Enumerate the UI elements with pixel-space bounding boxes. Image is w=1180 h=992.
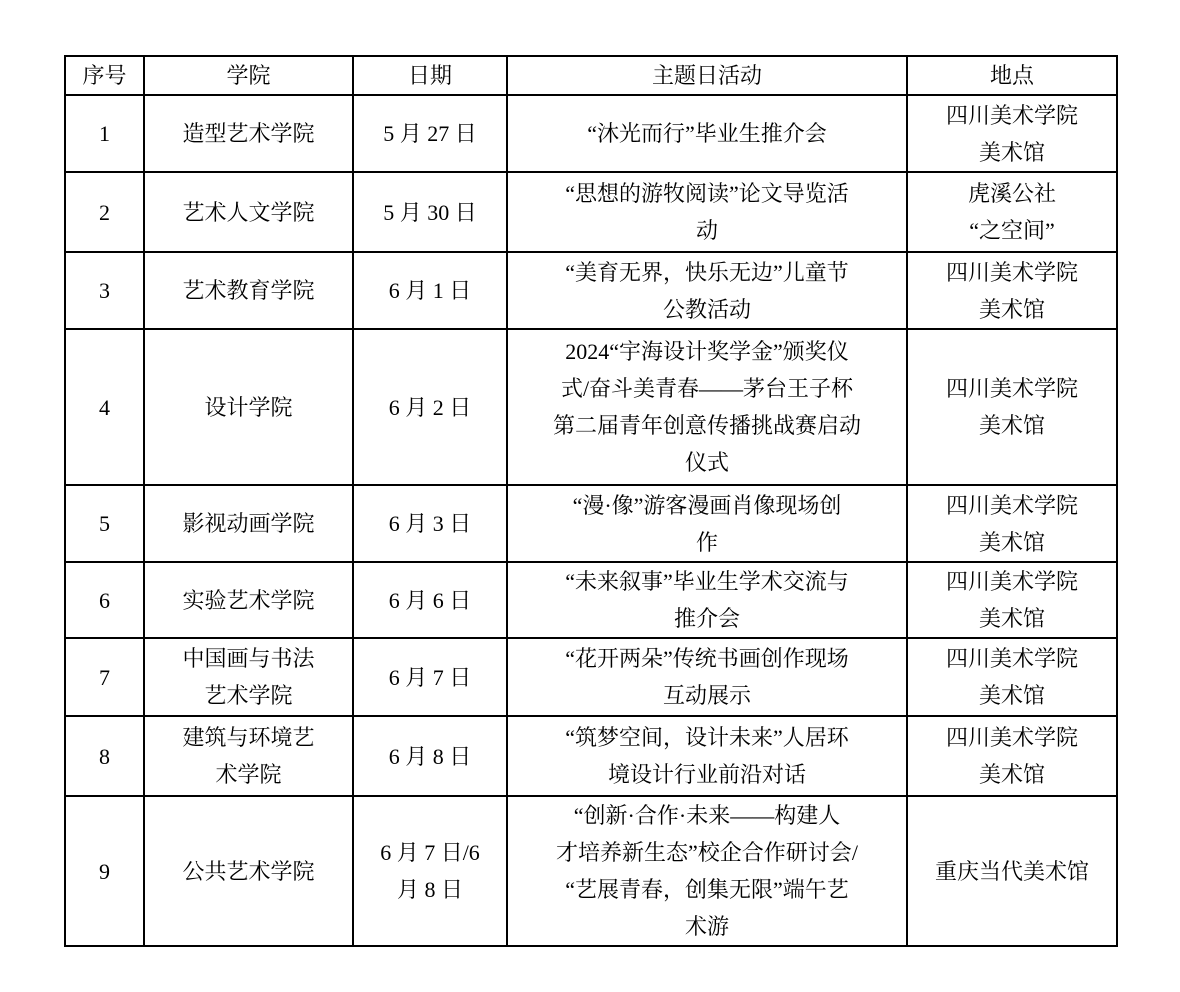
cell-date: 6 月 2 日 bbox=[353, 329, 507, 485]
table-row: 4设计学院6 月 2 日2024“宇海设计奖学金”颁奖仪 式/奋斗美青春——茅台… bbox=[65, 329, 1117, 485]
cell-activity: “筑梦空间，设计未来”人居环 境设计行业前沿对话 bbox=[507, 716, 907, 796]
table-row: 3艺术教育学院6 月 1 日“美育无界，快乐无边”儿童节 公教活动四川美术学院 … bbox=[65, 252, 1117, 329]
cell-college: 影视动画学院 bbox=[144, 485, 353, 562]
cell-activity: “思想的游牧阅读”论文导览活 动 bbox=[507, 172, 907, 252]
table-row: 8建筑与环境艺 术学院6 月 8 日“筑梦空间，设计未来”人居环 境设计行业前沿… bbox=[65, 716, 1117, 796]
header-cell-location: 地点 bbox=[907, 56, 1117, 95]
cell-activity: “漫·像”游客漫画肖像现场创 作 bbox=[507, 485, 907, 562]
cell-location: 虎溪公社 “之空间” bbox=[907, 172, 1117, 252]
cell-index: 3 bbox=[65, 252, 144, 329]
header-cell-activity: 主题日活动 bbox=[507, 56, 907, 95]
cell-date: 5 月 30 日 bbox=[353, 172, 507, 252]
header-cell-college: 学院 bbox=[144, 56, 353, 95]
table-row: 5影视动画学院6 月 3 日“漫·像”游客漫画肖像现场创 作四川美术学院 美术馆 bbox=[65, 485, 1117, 562]
cell-location: 四川美术学院 美术馆 bbox=[907, 252, 1117, 329]
cell-date: 6 月 3 日 bbox=[353, 485, 507, 562]
cell-activity: “创新·合作·未来——构建人 才培养新生态”校企合作研讨会/ “艺展青春，创集无… bbox=[507, 796, 907, 946]
cell-location: 四川美术学院 美术馆 bbox=[907, 329, 1117, 485]
cell-date: 6 月 7 日/6 月 8 日 bbox=[353, 796, 507, 946]
cell-location: 重庆当代美术馆 bbox=[907, 796, 1117, 946]
cell-activity: “美育无界，快乐无边”儿童节 公教活动 bbox=[507, 252, 907, 329]
cell-location: 四川美术学院 美术馆 bbox=[907, 95, 1117, 172]
cell-college: 造型艺术学院 bbox=[144, 95, 353, 172]
cell-date: 6 月 7 日 bbox=[353, 638, 507, 716]
table-header-row: 序号学院日期主题日活动地点 bbox=[65, 56, 1117, 95]
table-row: 6实验艺术学院6 月 6 日“未来叙事”毕业生学术交流与 推介会四川美术学院 美… bbox=[65, 562, 1117, 638]
cell-index: 5 bbox=[65, 485, 144, 562]
cell-date: 6 月 8 日 bbox=[353, 716, 507, 796]
cell-index: 4 bbox=[65, 329, 144, 485]
cell-index: 2 bbox=[65, 172, 144, 252]
cell-college: 中国画与书法 艺术学院 bbox=[144, 638, 353, 716]
table-header: 序号学院日期主题日活动地点 bbox=[65, 56, 1117, 95]
cell-college: 艺术人文学院 bbox=[144, 172, 353, 252]
cell-location: 四川美术学院 美术馆 bbox=[907, 485, 1117, 562]
table-row: 1造型艺术学院5 月 27 日“沐光而行”毕业生推介会四川美术学院 美术馆 bbox=[65, 95, 1117, 172]
cell-location: 四川美术学院 美术馆 bbox=[907, 716, 1117, 796]
header-cell-date: 日期 bbox=[353, 56, 507, 95]
cell-date: 6 月 1 日 bbox=[353, 252, 507, 329]
cell-activity: “花开两朵”传统书画创作现场 互动展示 bbox=[507, 638, 907, 716]
cell-activity: “未来叙事”毕业生学术交流与 推介会 bbox=[507, 562, 907, 638]
cell-index: 9 bbox=[65, 796, 144, 946]
cell-index: 1 bbox=[65, 95, 144, 172]
activity-schedule-table: 序号学院日期主题日活动地点 1造型艺术学院5 月 27 日“沐光而行”毕业生推介… bbox=[64, 55, 1118, 947]
cell-location: 四川美术学院 美术馆 bbox=[907, 638, 1117, 716]
cell-index: 7 bbox=[65, 638, 144, 716]
table-row: 7中国画与书法 艺术学院6 月 7 日“花开两朵”传统书画创作现场 互动展示四川… bbox=[65, 638, 1117, 716]
header-cell-index: 序号 bbox=[65, 56, 144, 95]
table-body: 1造型艺术学院5 月 27 日“沐光而行”毕业生推介会四川美术学院 美术馆2艺术… bbox=[65, 95, 1117, 946]
table-row: 9公共艺术学院6 月 7 日/6 月 8 日“创新·合作·未来——构建人 才培养… bbox=[65, 796, 1117, 946]
cell-index: 6 bbox=[65, 562, 144, 638]
cell-activity: “沐光而行”毕业生推介会 bbox=[507, 95, 907, 172]
document-page: 序号学院日期主题日活动地点 1造型艺术学院5 月 27 日“沐光而行”毕业生推介… bbox=[0, 0, 1180, 947]
table-row: 2艺术人文学院5 月 30 日“思想的游牧阅读”论文导览活 动虎溪公社 “之空间… bbox=[65, 172, 1117, 252]
cell-activity: 2024“宇海设计奖学金”颁奖仪 式/奋斗美青春——茅台王子杯 第二届青年创意传… bbox=[507, 329, 907, 485]
cell-college: 公共艺术学院 bbox=[144, 796, 353, 946]
cell-college: 建筑与环境艺 术学院 bbox=[144, 716, 353, 796]
cell-date: 5 月 27 日 bbox=[353, 95, 507, 172]
cell-index: 8 bbox=[65, 716, 144, 796]
cell-college: 实验艺术学院 bbox=[144, 562, 353, 638]
cell-college: 设计学院 bbox=[144, 329, 353, 485]
cell-date: 6 月 6 日 bbox=[353, 562, 507, 638]
cell-college: 艺术教育学院 bbox=[144, 252, 353, 329]
cell-location: 四川美术学院 美术馆 bbox=[907, 562, 1117, 638]
